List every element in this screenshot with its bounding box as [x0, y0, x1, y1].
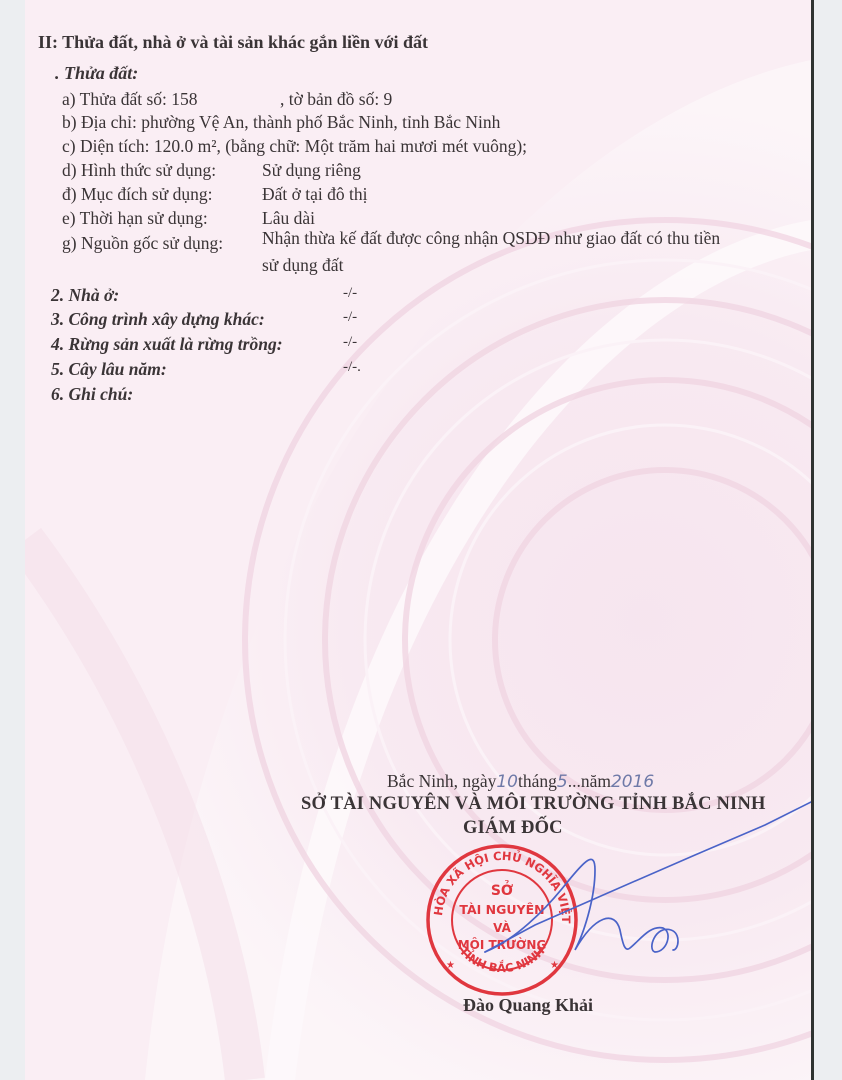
- month-label: tháng: [518, 771, 557, 791]
- date-line: Bắc Ninh, ngày10tháng5...năm2016: [387, 771, 654, 792]
- land-parcel-title: . Thửa đất:: [55, 63, 138, 83]
- usage-purpose-label: đ) Mục đích sử dụng:: [62, 184, 212, 204]
- notes-label: 6. Ghi chú:: [51, 384, 133, 404]
- perennial-trees-label: 5. Cây lâu năm:: [51, 359, 167, 379]
- usage-form-value: Sử dụng riêng: [262, 160, 361, 180]
- house-value: -/-: [343, 283, 357, 303]
- map-sheet-number: , tờ bản đồ số: 9: [280, 89, 392, 109]
- perennial-trees-value: -/-.: [343, 357, 361, 377]
- other-construction-label: 3. Công trình xây dựng khác:: [51, 309, 265, 329]
- house-label: 2. Nhà ở:: [51, 285, 119, 305]
- plantation-forest-value: -/-: [343, 332, 357, 352]
- usage-form-label: d) Hình thức sử dụng:: [62, 160, 216, 180]
- address: b) Địa chỉ: phường Vệ An, thành phố Bắc …: [62, 112, 500, 132]
- usage-purpose-value: Đất ở tại đô thị: [262, 184, 368, 204]
- page-edge: [811, 0, 814, 1080]
- usage-origin-value: Nhận thừa kế đất được công nhận QSDĐ như…: [262, 228, 720, 248]
- date-year: 2016: [611, 772, 654, 792]
- certificate-page: II: Thửa đất, nhà ở và tài sản khác gắn …: [25, 0, 811, 1080]
- usage-origin-label: g) Nguồn gốc sử dụng:: [62, 233, 223, 253]
- section-heading: II: Thửa đất, nhà ở và tài sản khác gắn …: [38, 32, 428, 52]
- area: c) Diện tích: 120.0 m², (bằng chữ: Một t…: [62, 136, 527, 156]
- other-construction-value: -/-: [343, 307, 357, 327]
- handwritten-signature: [435, 800, 811, 970]
- year-label: năm: [581, 771, 611, 791]
- date-month: 5: [557, 772, 568, 792]
- plantation-forest-label: 4. Rừng sản xuất là rừng trồng:: [51, 334, 283, 354]
- signer-name: Đào Quang Khải: [463, 995, 593, 1015]
- usage-term-label: e) Thời hạn sử dụng:: [62, 208, 208, 228]
- usage-term-value: Lâu dài: [262, 208, 315, 228]
- date-place: Bắc Ninh, ngày: [387, 771, 496, 791]
- date-day: 10: [496, 772, 518, 792]
- parcel-number: a) Thửa đất số: 158: [62, 89, 198, 109]
- usage-origin-value-cont: sử dụng đất: [262, 255, 343, 275]
